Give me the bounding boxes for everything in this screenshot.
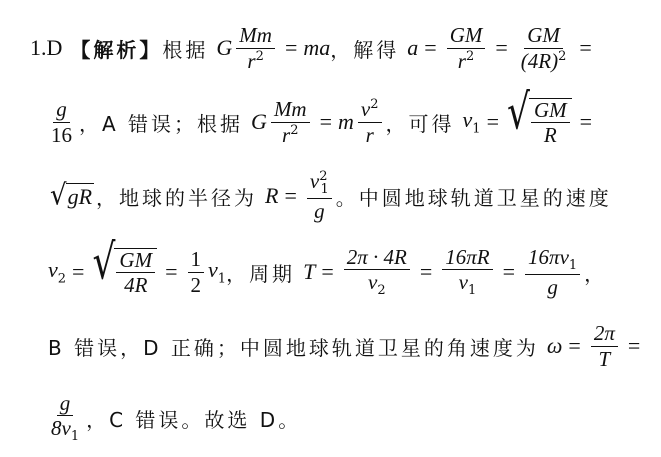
text: ，地球的半径为	[96, 182, 257, 211]
solution-line-5: B 错误，D 正确；中圆地球轨道卫星的角速度为 ω = 2π T =	[48, 316, 646, 376]
text: ，A 错误；根据	[79, 108, 243, 137]
solution-line-6: g 8v1 ，C 错误。故选 D。	[48, 388, 301, 448]
text: ，C 错误。故选 D。	[86, 404, 301, 433]
fraction-g-over-8v1: g 8v1	[48, 392, 82, 444]
fraction-16piv1-over-g: 16πv1 g	[525, 246, 580, 298]
fraction-2pi-over-T: 2π T	[591, 322, 618, 369]
fraction-GM-over-r2: GM r2	[447, 24, 486, 71]
analysis-label: 【解析】	[70, 34, 162, 63]
fraction-Mm-over-r2: Mm r2	[271, 98, 310, 145]
text: 根据	[162, 34, 208, 63]
solution-line-3: √ gR ，地球的半径为 R = v21 g 。中圆地球轨道卫星的速度	[48, 166, 612, 226]
var-a: a	[407, 35, 418, 61]
var-m: m	[338, 109, 354, 135]
fraction-v1sq-over-g: v21 g	[307, 170, 332, 222]
var-R: R	[265, 183, 278, 209]
fraction-v2-over-r: v2 r	[358, 98, 382, 145]
expr-ma: ma	[303, 35, 330, 61]
var-G: G	[251, 109, 267, 135]
solution-line-1: 1. D 【解析】 根据 G Mm r2 = ma ，解得 a = GM r2 …	[30, 18, 598, 78]
radical-sign-icon: √	[92, 240, 115, 305]
text: B 错误，D 正确；中圆地球轨道卫星的角速度为	[48, 332, 539, 361]
radical-sign-icon: √	[507, 90, 530, 155]
text: ，解得	[330, 34, 399, 63]
fraction-16piR-over-v1: 16πR v1	[442, 246, 492, 298]
fraction-g-over-16: g 16	[48, 98, 75, 145]
problem-number: 1.	[30, 35, 47, 61]
answer-letter: D	[47, 35, 63, 61]
fraction-1-over-2: 1 2	[188, 248, 205, 295]
var-v2: v	[48, 257, 58, 282]
fraction-GM-over-4R2: GM (4R)2	[518, 24, 570, 71]
sqrt-gR: √ gR	[50, 183, 94, 210]
radical-sign-icon: √	[50, 181, 67, 211]
var-v1: v	[463, 107, 473, 132]
var-G: G	[216, 35, 232, 61]
text: 。中圆地球轨道卫星的速度	[336, 182, 612, 211]
var-T: T	[303, 259, 315, 285]
solution-line-2: g 16 ，A 错误；根据 G Mm r2 = m v2 r ，可得 v1 = …	[48, 92, 598, 152]
sqrt-GM-over-R: √ GM R	[507, 98, 572, 146]
text: ，可得	[386, 108, 455, 137]
sqrt-GM-over-4R: √ GM 4R	[92, 248, 157, 296]
fraction-Mm-over-r2: Mm r2	[236, 24, 275, 71]
text: ，周期	[226, 258, 295, 287]
fraction-2pi4R-over-v2: 2π · 4R v2	[344, 246, 410, 298]
var-omega: ω	[547, 333, 563, 359]
solution-line-4: v2 = √ GM 4R = 1 2 v1 ，周期 T = 2π · 4R v2…	[48, 242, 607, 302]
